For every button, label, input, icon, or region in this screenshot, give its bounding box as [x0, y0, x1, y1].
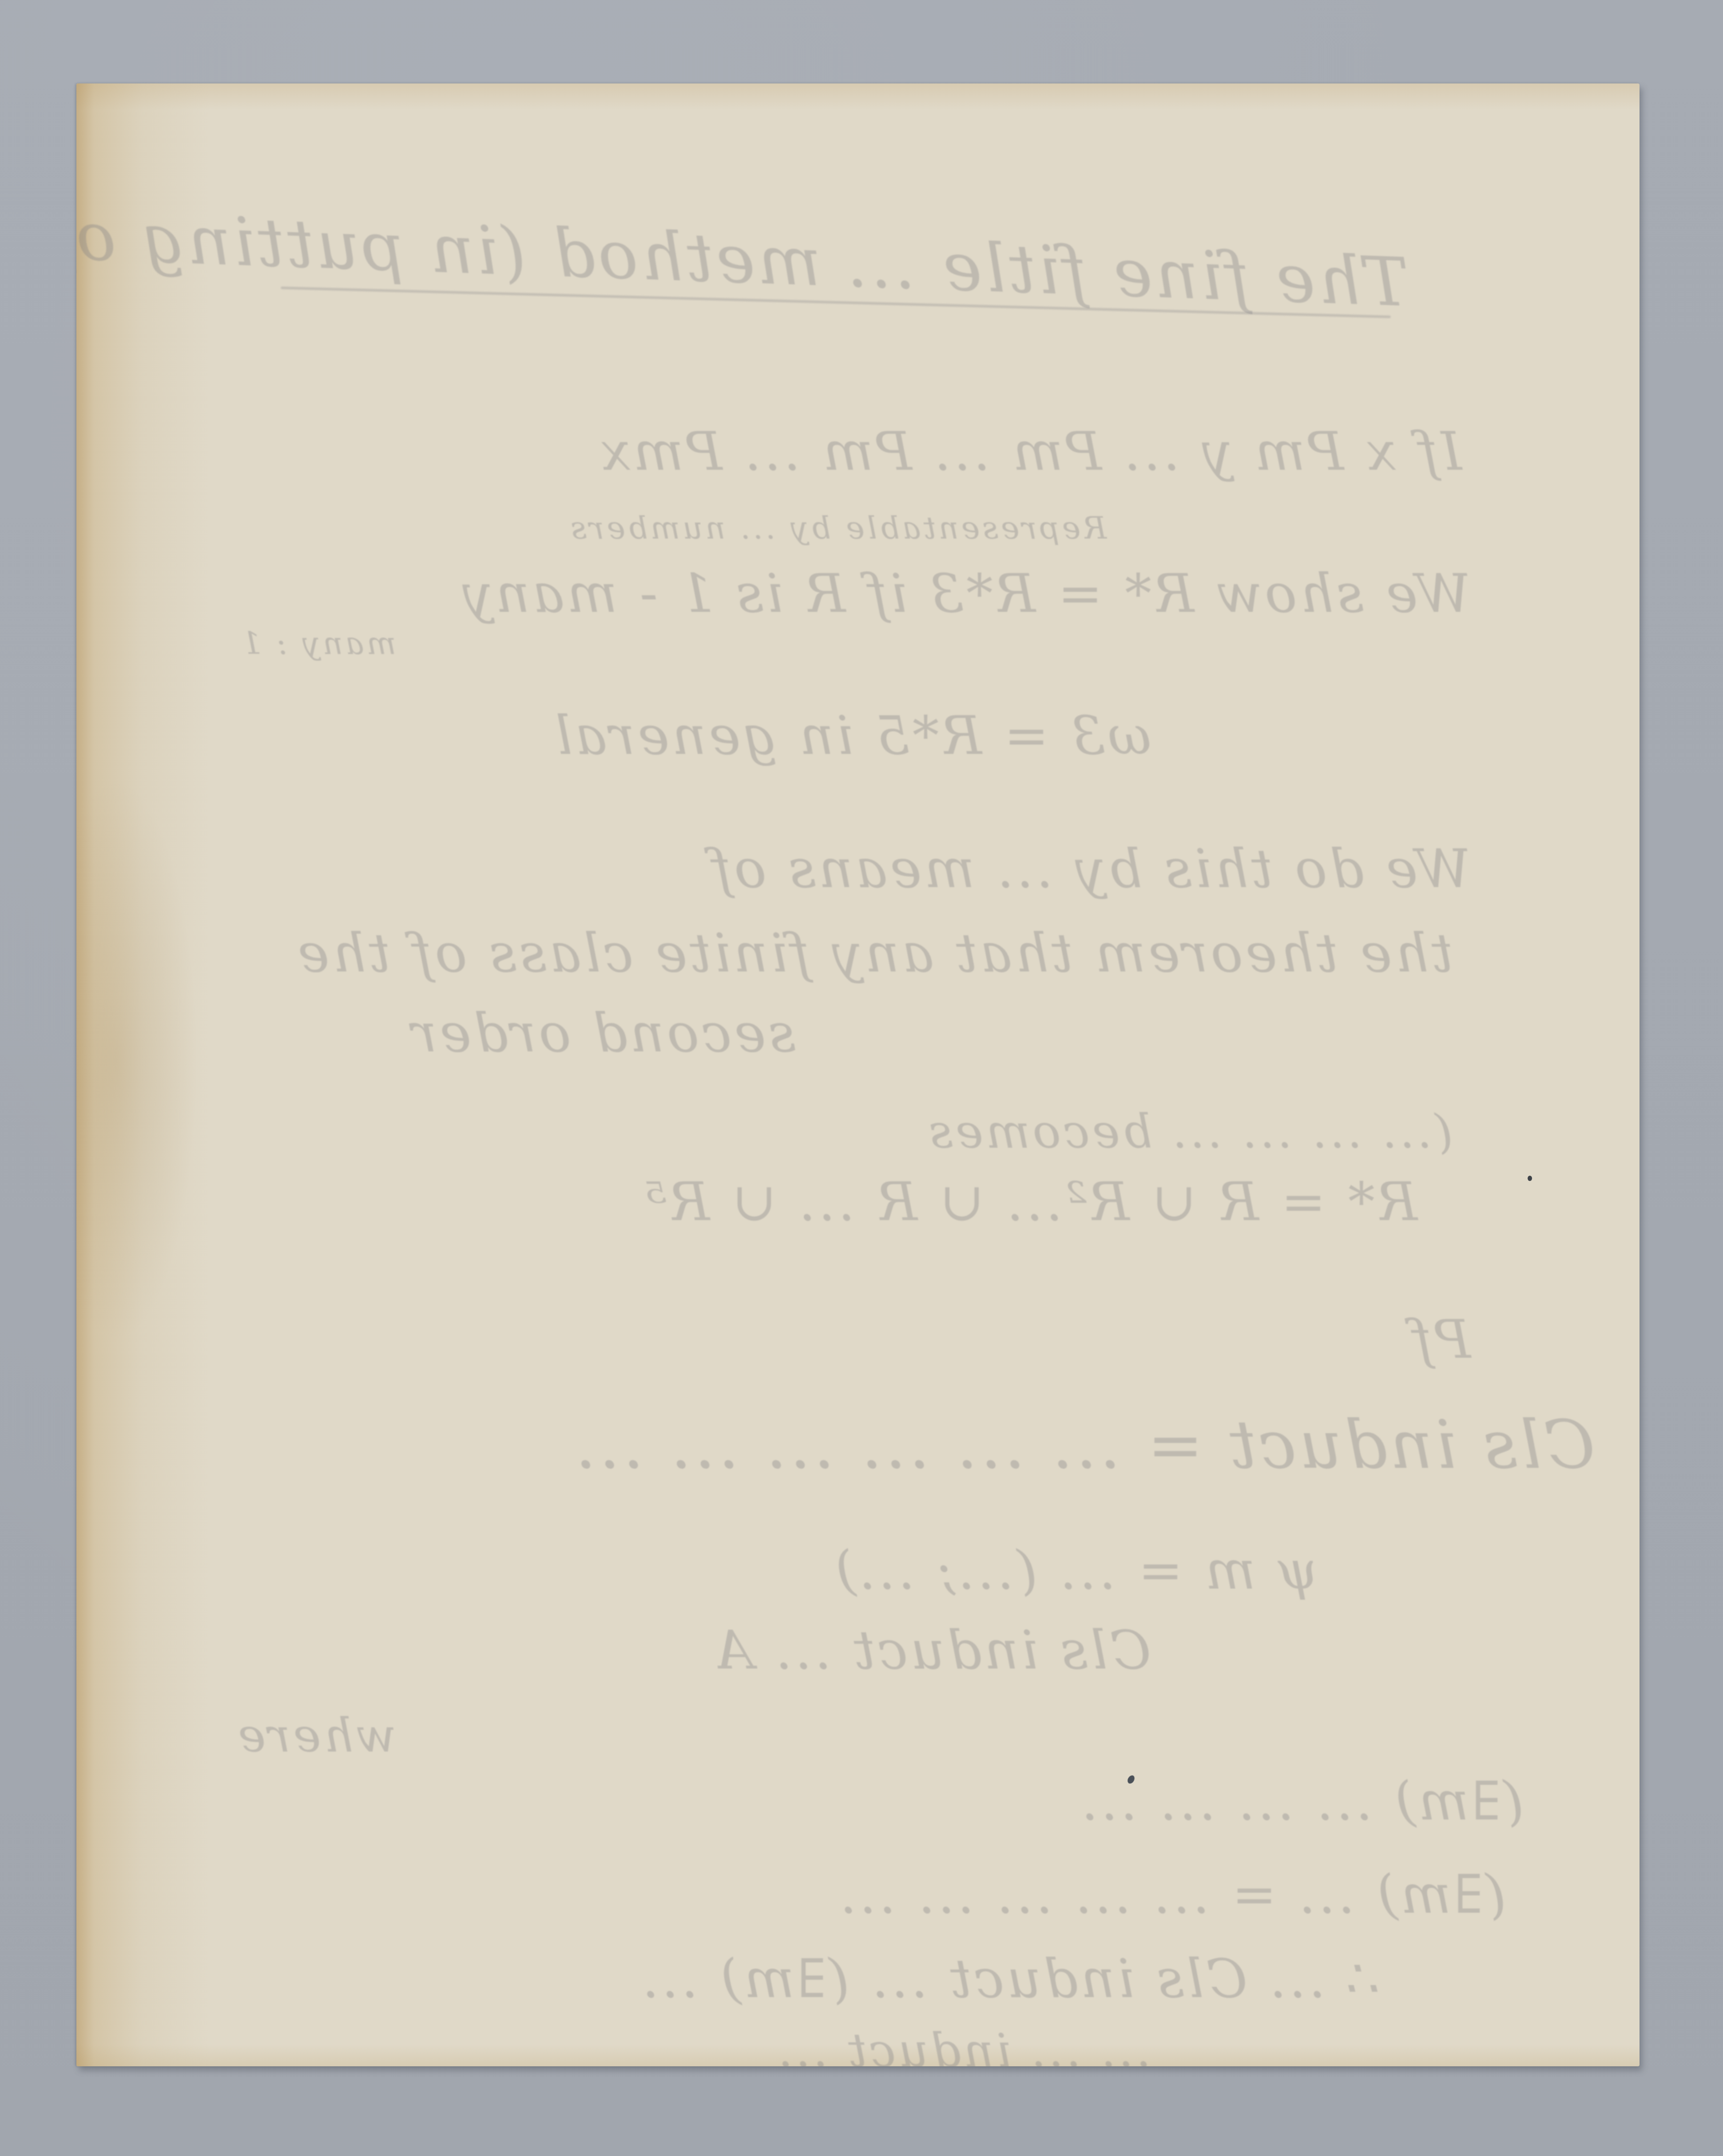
manuscript-page: The fine fitle ... method (in putting of… — [76, 83, 1640, 2066]
manuscript-line: (∃m) ... ... ... ... — [1079, 1771, 1524, 1832]
manuscript-title: The fine fitle ... method (in putting of… — [76, 189, 1409, 321]
manuscript-line: If x Pm y ... Pm ... Pm ... Pmx — [598, 421, 1462, 483]
manuscript-line: R* = R ∪ R²... ∪ R ... ∪ R⁵ — [643, 1171, 1417, 1233]
manuscript-line: We show R* = R*3 if R is 1 - many — [460, 563, 1471, 625]
manuscript-line: ω3 = R*5 in general — [553, 705, 1151, 767]
manuscript-line: (... ... ... ... becomes — [926, 1105, 1453, 1159]
manuscript-line: Cls induct = ... ... ... ... ... ... — [572, 1407, 1595, 1484]
manuscript-annotation: many : 1 — [239, 625, 396, 662]
manuscript-line: ... ... induct ... — [775, 2024, 1151, 2066]
manuscript-annotation: Representable by ... numbers — [568, 510, 1107, 546]
manuscript-line: Pf — [1410, 1309, 1471, 1371]
ink-speck — [1528, 1176, 1532, 1181]
manuscript-line: ψ m = ... (...; ...) — [833, 1540, 1320, 1601]
manuscript-line: ∴ ... Cls induct ... (∃m) ... — [639, 1948, 1382, 2010]
manuscript-line: second order — [409, 1003, 796, 1064]
bleed-through-text-layer: The fine fitle ... method (in putting of… — [76, 83, 1640, 2066]
manuscript-line: Cls induct ... A — [712, 1620, 1151, 1681]
manuscript-line: (∃m) ... = ... ... ... ... ... — [837, 1864, 1506, 1926]
manuscript-line: the theorem that any finite class of the — [295, 923, 1453, 984]
manuscript-line: where — [235, 1708, 396, 1763]
manuscript-line: We do this by ... means of — [709, 838, 1471, 900]
